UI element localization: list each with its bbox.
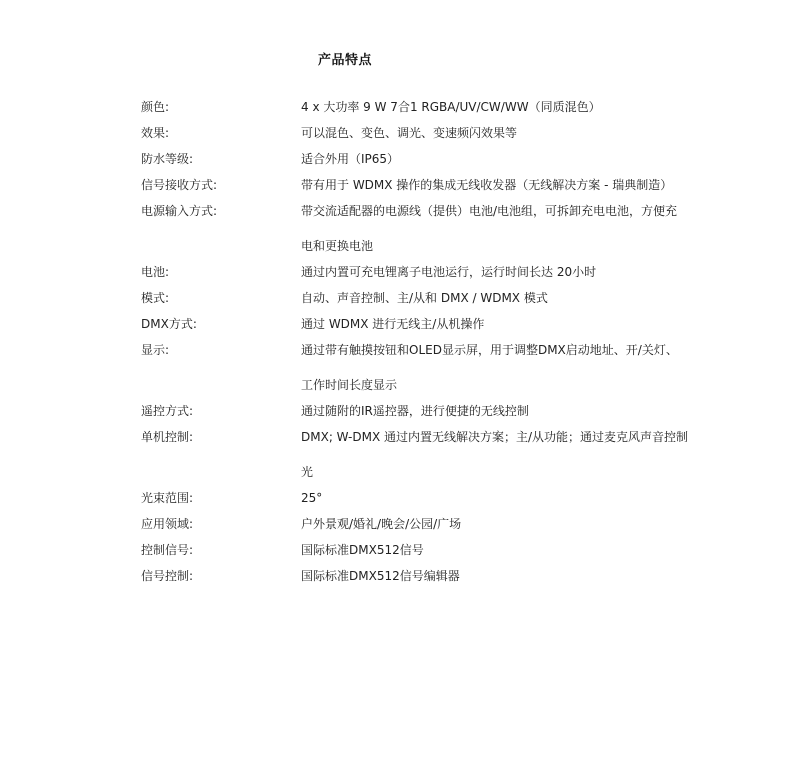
spec-row-signal-control: 信号控制: 国际标准DMX512信号编辑器: [141, 568, 701, 594]
spec-list: 颜色: 4 x 大功率 9 W 7合1 RGBA/UV/CW/WW（同质混色） …: [141, 99, 701, 594]
spec-value-line: DMX; W-DMX 通过内置无线解决方案；主/从功能；通过麦克风声音控制: [301, 420, 701, 455]
spec-value-line: 通过带有触摸按钮和OLED显示屏，用于调整DMX启动地址、开/关灯、: [301, 333, 701, 368]
spec-label: 单机控制:: [141, 420, 301, 455]
spec-value: 国际标准DMX512信号编辑器: [301, 559, 701, 594]
spec-value-line: 带交流适配器的电源线（提供）电池/电池组，可拆卸充电电池，方便充: [301, 194, 701, 229]
spec-label: 信号控制:: [141, 559, 301, 594]
spec-value: 带交流适配器的电源线（提供）电池/电池组，可拆卸充电电池，方便充 电和更换电池: [301, 194, 701, 264]
spec-value-line: 国际标准DMX512信号编辑器: [301, 559, 701, 594]
spec-value: DMX; W-DMX 通过内置无线解决方案；主/从功能；通过麦克风声音控制 光: [301, 420, 701, 490]
spec-value: 通过带有触摸按钮和OLED显示屏，用于调整DMX启动地址、开/关灯、 工作时间长…: [301, 333, 701, 403]
page-title: 产品特点: [318, 49, 372, 68]
spec-label: 显示:: [141, 333, 301, 368]
spec-label: 电源输入方式:: [141, 194, 301, 229]
